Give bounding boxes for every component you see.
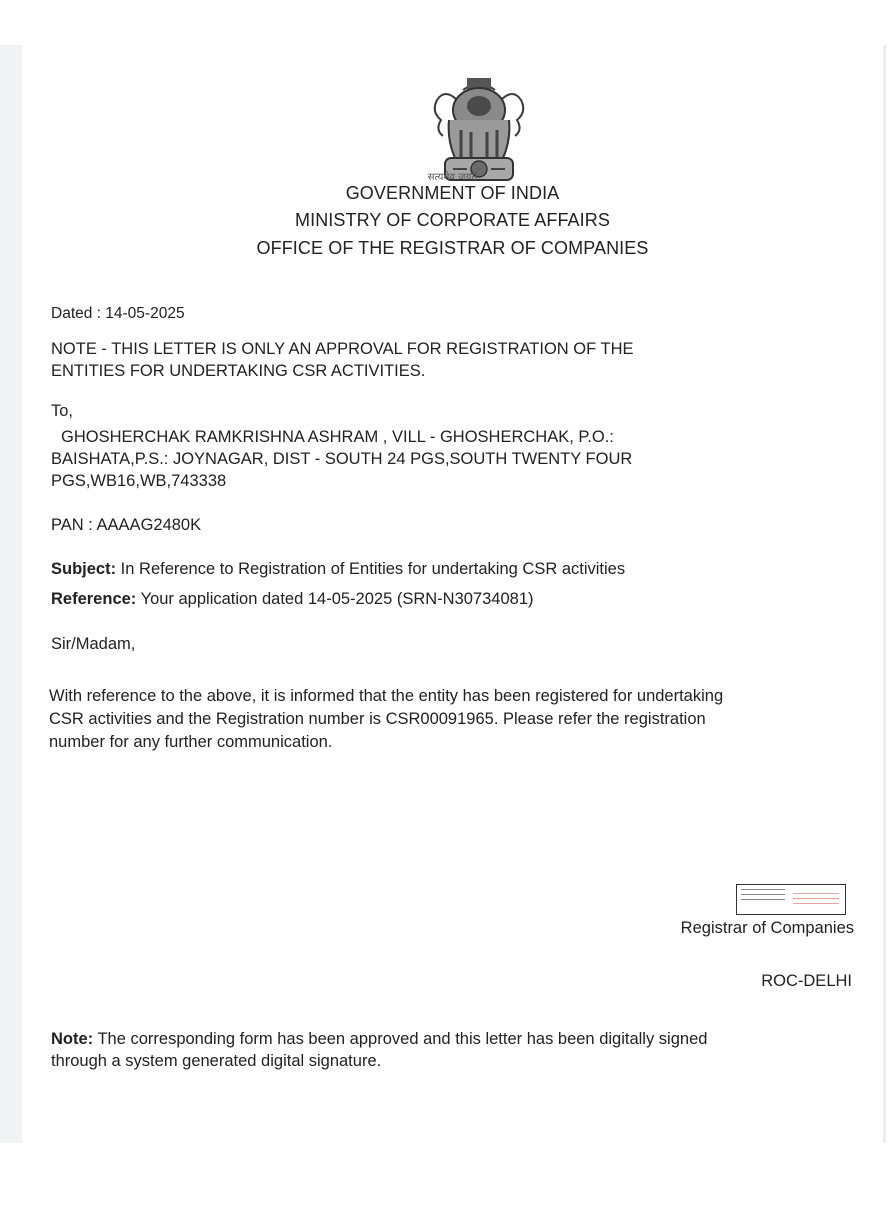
subject-text: In Reference to Registration of Entities…: [116, 560, 625, 578]
viewer-right-edge: [883, 45, 886, 1143]
subject-label: Subject:: [51, 560, 116, 578]
signatory-title: Registrar of Companies: [681, 917, 854, 939]
reference-line: Reference: Your application dated 14-05-…: [51, 588, 534, 610]
body-line1: With reference to the above, it is infor…: [49, 685, 723, 707]
pan-number: PAN : AAAAG2480K: [51, 514, 201, 536]
header-ministry: MINISTRY OF CORPORATE AFFAIRS: [22, 210, 883, 231]
addressee-line2: BAISHATA,P.S.: JOYNAGAR, DIST - SOUTH 24…: [51, 448, 632, 470]
top-note-line1: NOTE - THIS LETTER IS ONLY AN APPROVAL F…: [51, 338, 634, 360]
reference-text: Your application dated 14-05-2025 (SRN-N…: [136, 590, 533, 608]
bottom-note-text: The corresponding form has been approved…: [93, 1030, 707, 1048]
subject-line: Subject: In Reference to Registration of…: [51, 558, 625, 580]
header-government: GOVERNMENT OF INDIA: [22, 183, 883, 204]
addressee-to: To,: [51, 400, 73, 422]
reference-label: Reference:: [51, 590, 136, 608]
bottom-note-label: Note:: [51, 1030, 93, 1048]
salutation: Sir/Madam,: [51, 633, 135, 655]
header-office: OFFICE OF THE REGISTRAR OF COMPANIES: [22, 238, 883, 259]
viewer-left-margin: [0, 45, 22, 1143]
digital-signature-stamp-icon: [736, 884, 846, 915]
top-note-line2: ENTITIES FOR UNDERTAKING CSR ACTIVITIES.: [51, 360, 425, 382]
letter-page: सत्यमेव जयते GOVERNMENT OF INDIA MINISTR…: [22, 45, 883, 1143]
body-line2: CSR activities and the Registration numb…: [49, 708, 706, 730]
bottom-note-line2: through a system generated digital signa…: [51, 1050, 381, 1072]
bottom-note-line1: Note: The corresponding form has been ap…: [51, 1028, 707, 1050]
addressee-line3: PGS,WB16,WB,743338: [51, 470, 226, 492]
emblem-motto: सत्यमेव जयते: [22, 169, 883, 183]
signatory-office: ROC-DELHI: [761, 970, 852, 992]
body-line3: number for any further communication.: [49, 731, 332, 753]
letter-date: Dated : 14-05-2025: [51, 303, 185, 325]
addressee-line1: GHOSHERCHAK RAMKRISHNA ASHRAM , VILL - G…: [61, 426, 614, 448]
